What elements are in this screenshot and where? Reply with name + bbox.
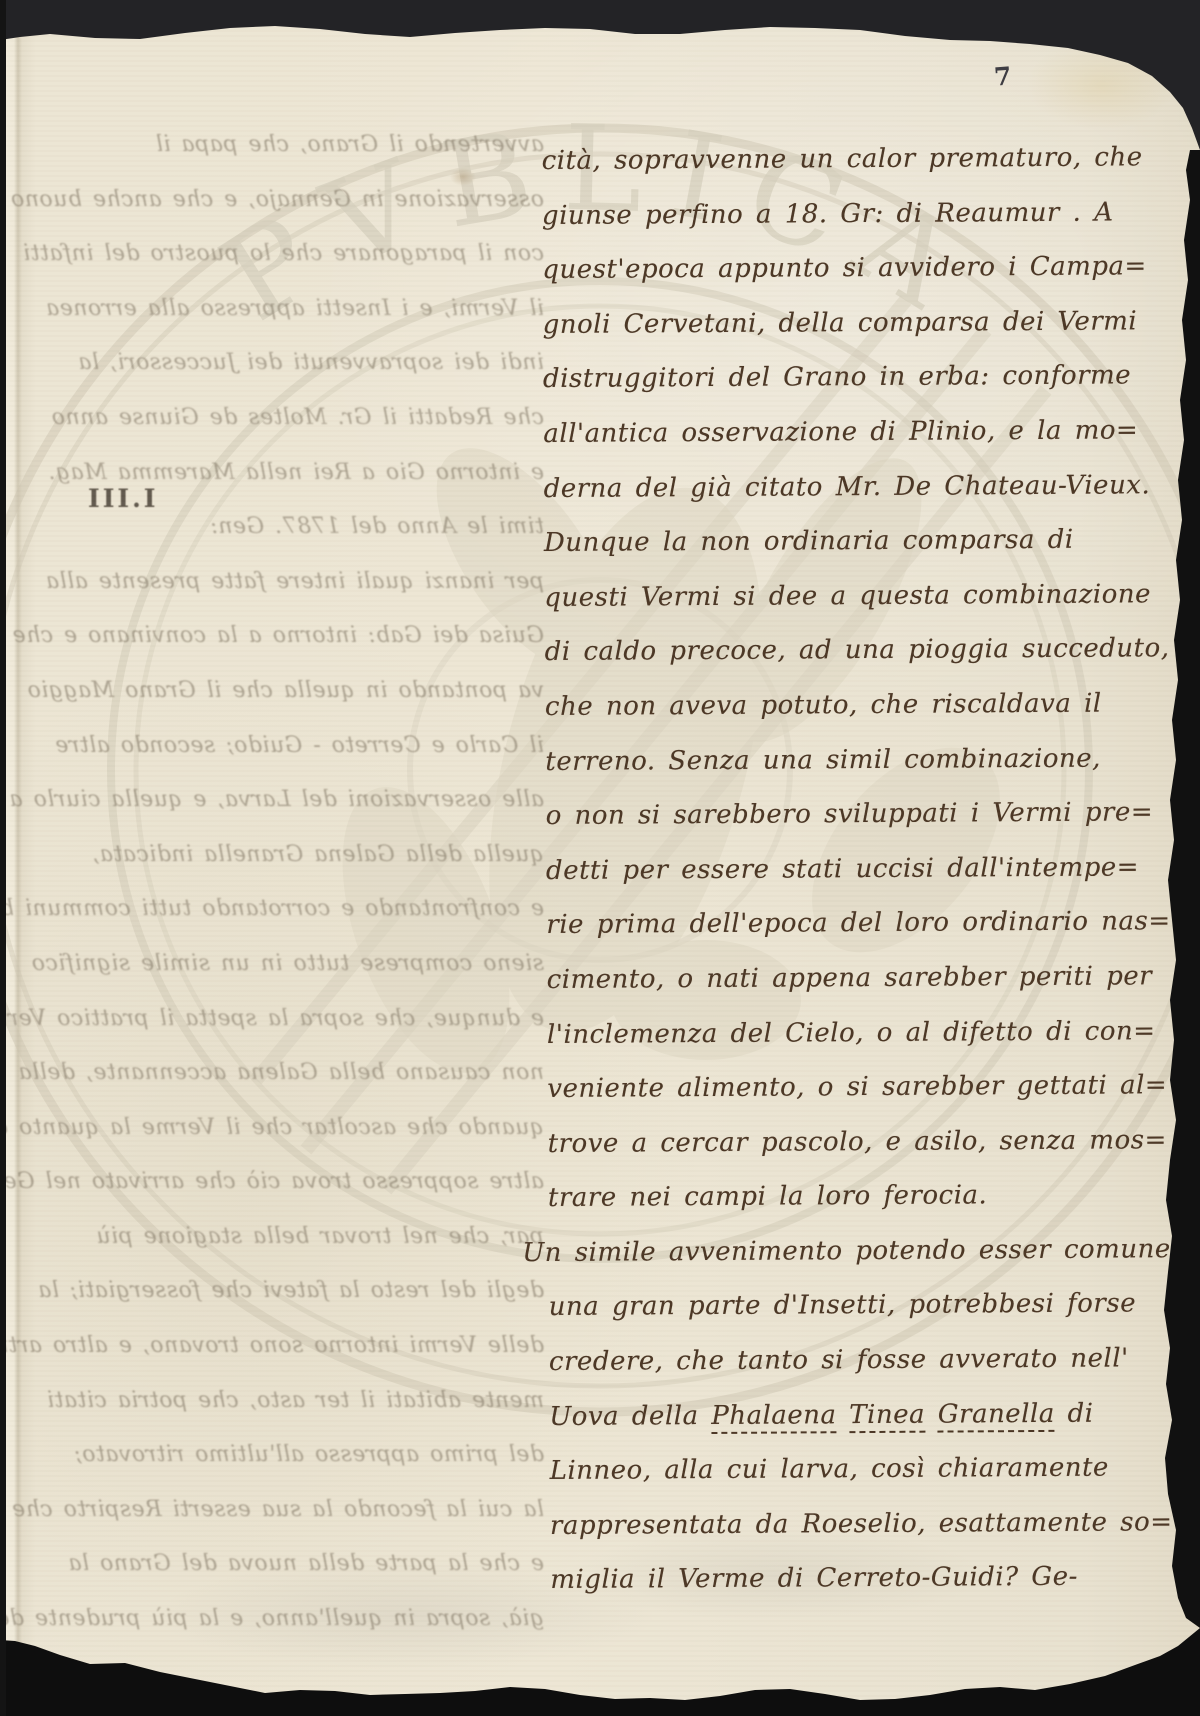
handwritten-line: Un simile avvenimento potendo esser comu…	[522, 1222, 1196, 1281]
recto-text-column: cità, sopravvenne un calor prematuro, ch…	[542, 130, 1199, 1608]
text-segment	[925, 1399, 938, 1429]
bleedthrough-line: osservazione in Gennajo, e che anche buo…	[28, 173, 544, 228]
bleedthrough-line: che Redatti il Gr. Moltes de Giunse anno	[28, 391, 544, 446]
bleedthrough-line: Guisa dei Gab: intorno a la convinano e …	[28, 609, 544, 664]
handwritten-line: terreno. Senza una simil combinazione,	[545, 731, 1193, 790]
bleedthrough-line: delle Vermi intorno sono trovano, e altr…	[28, 1319, 544, 1374]
handwritten-line: cità, sopravvenne un calor prematuro, ch…	[542, 130, 1190, 189]
handwritten-line: trove a cercar pascolo, e asilo, senza m…	[548, 1113, 1196, 1172]
bleedthrough-line: già, sopra in quell'anno, e la più prude…	[28, 1592, 544, 1647]
handwritten-line: gnoli Cervetani, della comparsa dei Verm…	[543, 294, 1191, 353]
handwritten-line: Uova della Phalaena Tinea Granella di	[549, 1386, 1197, 1445]
bleedthrough-line: altre soppresso trova ciò che arrivato n…	[28, 1155, 544, 1210]
handwritten-line: quest'epoca appunto si avvidero i Campa=	[542, 239, 1190, 298]
paper-stain	[1026, 40, 1176, 130]
bleedthrough-line: il Vermi, e i Insetti appresso alla erro…	[28, 282, 544, 337]
bleedthrough-line: il Carlo e Cerreto - Guido; secondo altr…	[28, 719, 544, 774]
bleedthrough-line: mente abitati il ter asto, che potria ci…	[28, 1374, 544, 1429]
handwritten-line: distruggitori del Grano in erba: conform…	[543, 348, 1191, 407]
handwritten-line: questi Vermi si dee a questa combinazion…	[544, 567, 1192, 626]
underlined-species-name: Granella	[938, 1399, 1055, 1433]
text-segment: di	[1055, 1398, 1094, 1428]
handwritten-line: o non si sarebbero sviluppati i Vermi pr…	[546, 785, 1194, 844]
handwritten-line: all'antica osservazione di Plinio, e la …	[543, 403, 1191, 462]
handwritten-line: credere, che tanto si fosse avverato nel…	[549, 1331, 1197, 1390]
verso-bleedthrough-column: avvertendo il Grano, che papa ilosservaz…	[28, 118, 544, 1647]
handwritten-line: una gran parte d'Insetti, potrebbesi for…	[549, 1276, 1197, 1335]
handwritten-line: miglia il Verme di Cerreto-Guidi? Ge-	[550, 1549, 1198, 1608]
handwritten-line: che non aveva potuto, che riscaldava il	[545, 676, 1193, 735]
handwritten-line: rappresentata da Roeselio, esattamente s…	[550, 1495, 1198, 1554]
bleedthrough-line: sieno comprese tutto in un simile signif…	[28, 937, 544, 992]
bleedthrough-line: la cui la fecondo la sua esserti Respirt…	[28, 1483, 544, 1538]
handwritten-line: derna del già citato Mr. De Chateau-Vieu…	[544, 458, 1192, 517]
handwritten-line: di caldo precoce, ad una pioggia succedu…	[545, 621, 1193, 680]
handwritten-line: l'inclemenza del Cielo, o al difetto di …	[547, 1004, 1195, 1063]
bleedthrough-line: e dunque, che sopra la spetta il prattic…	[28, 992, 544, 1047]
handwritten-line: giunse perfino a 18. Gr: di Reaumur . A	[542, 185, 1190, 244]
bleedthrough-line: avvertendo il Grano, che papa il	[28, 118, 544, 173]
handwritten-line: rie prima dell'epoca del loro ordinario …	[546, 894, 1194, 953]
bleedthrough-line: quella della Galena Granella indicata,	[28, 828, 544, 883]
handwritten-line: trare nei campi la loro ferocia.	[548, 1167, 1196, 1226]
text-segment	[836, 1400, 849, 1430]
underlined-species-name: Phalaena	[711, 1400, 836, 1434]
handwritten-line: cimento, o nati appena sarebber periti p…	[547, 949, 1195, 1008]
bleedthrough-line: quando che ascoltar che il Verme la quan…	[28, 1101, 544, 1156]
handwritten-line: detti per essere stati uccisi dall'intem…	[546, 840, 1194, 899]
bleedthrough-line: del primo appresso all'ultimo ritrovato;	[28, 1428, 544, 1483]
bleedthrough-line: indi dei sopravvenuti dei Juccessori, la	[28, 336, 544, 391]
text-segment: Un simile avvenimento potendo esser comu…	[522, 1234, 1200, 1268]
bleedthrough-line: alle osservazioni del Larva, e quella ci…	[28, 773, 544, 828]
handwritten-line: Dunque la non ordinaria comparsa di	[544, 512, 1192, 571]
underlined-species-name: Tinea	[849, 1399, 925, 1432]
text-segment: Uova della	[549, 1401, 711, 1432]
bleedthrough-line: e che la parte della nuova del Grano la	[28, 1537, 544, 1592]
manuscript-scan: PVBLICA avvertendo il Grano, che papa il…	[0, 0, 1200, 1716]
bleedthrough-line: con il paragonare che lo puostro del inf…	[28, 227, 544, 282]
manuscript-page: PVBLICA avvertendo il Grano, che papa il…	[6, 0, 1200, 1716]
handwritten-line: Linneo, alla cui larva, così chiaramente	[550, 1440, 1198, 1499]
bleedthrough-numeral: III.I	[88, 484, 158, 513]
page-number: 7	[993, 61, 1012, 91]
bleedthrough-line: par, che nel trovar bella stagione più	[28, 1210, 544, 1265]
bleedthrough-line: degli del resto la fatevi che fossergiat…	[28, 1264, 544, 1319]
handwritten-line: veniente alimento, o si sarebber gettati…	[547, 1058, 1195, 1117]
bleedthrough-line: non causano bella Galena accennante, del…	[28, 1046, 544, 1101]
bleedthrough-line: e confrontando e corrotando tutti commun…	[28, 882, 544, 937]
bleedthrough-line: per inanzi quali intere fatte presente a…	[28, 555, 544, 610]
bleedthrough-line: va pontando in quella che il Grano Maggi…	[28, 664, 544, 719]
